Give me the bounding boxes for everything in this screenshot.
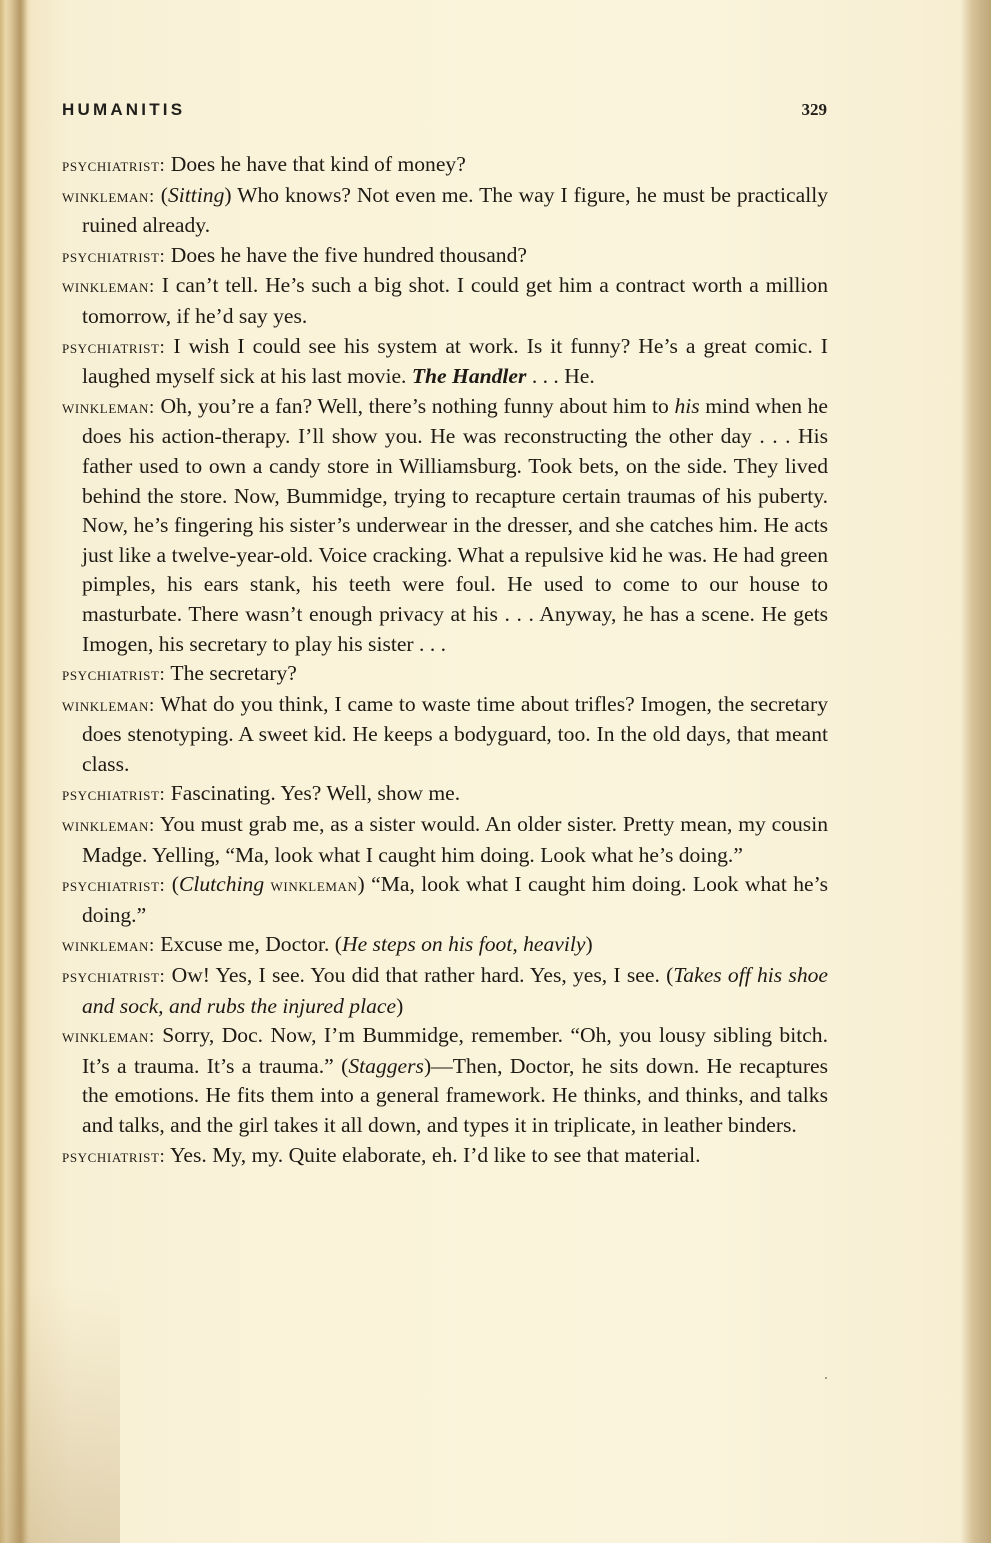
speech-psychiatrist: psychiatrist: Yes. My, my. Quite elabora…: [62, 1141, 828, 1172]
speech-winkleman: winkleman: Excuse me, Doctor. (He steps …: [62, 930, 828, 961]
book-page: HUMANITIS 329 psychiatrist: Does he have…: [0, 0, 991, 1543]
speech-psychiatrist: psychiatrist: Fascinating. Yes? Well, sh…: [62, 779, 828, 810]
stage-direction: winkleman: [271, 875, 358, 896]
speaker-label: psychiatrist:: [62, 875, 165, 896]
speaker-label: psychiatrist:: [62, 784, 165, 805]
speaker-label: psychiatrist:: [62, 664, 165, 685]
stage-direction: Clutching: [179, 872, 264, 896]
speech-text: Ow! Yes, I see. You did that rather hard…: [165, 963, 673, 987]
speech-psychiatrist: psychiatrist: Does he have the five hund…: [62, 241, 828, 272]
page-shadow: [0, 1283, 120, 1543]
speech-text: mind when he does his action-therapy. I’…: [82, 394, 828, 656]
stage-direction: He steps on his foot, heavily: [342, 932, 586, 956]
speech-winkleman: winkleman: I can’t tell. He’s such a big…: [62, 271, 828, 331]
speech-psychiatrist: psychiatrist: (Clutching winkleman) “Ma,…: [62, 870, 828, 930]
page-number: 329: [802, 100, 828, 120]
speech-text: Yes. My, my. Quite elaborate, eh. I’d li…: [165, 1143, 700, 1167]
speaker-label: psychiatrist:: [62, 966, 165, 987]
speech-text: ): [396, 994, 403, 1018]
speech-text: I can’t tell. He’s such a big shot. I co…: [82, 273, 828, 328]
speech-text: The secretary?: [165, 661, 296, 685]
speaker-label: winkleman:: [62, 186, 155, 207]
speech-text: ): [585, 932, 592, 956]
speech-text: Does he have that kind of money?: [165, 152, 465, 176]
speech-text: What do you think, I came to waste time …: [82, 692, 828, 776]
speaker-label: winkleman:: [62, 276, 155, 297]
speech-text: Excuse me, Doctor. (: [155, 932, 342, 956]
speech-psychiatrist: psychiatrist: Ow! Yes, I see. You did th…: [62, 961, 828, 1021]
speaker-label: psychiatrist:: [62, 155, 165, 176]
stage-direction: Sitting: [168, 183, 224, 207]
dialogue-text: psychiatrist: Does he have that kind of …: [62, 150, 828, 1171]
speaker-label: winkleman:: [62, 815, 155, 836]
speech-text: Fascinating. Yes? Well, show me.: [165, 781, 460, 805]
speaker-label: winkleman:: [62, 935, 155, 956]
speech-psychiatrist: psychiatrist: The secretary?: [62, 659, 828, 690]
speech-psychiatrist: psychiatrist: Does he have that kind of …: [62, 150, 828, 181]
speech-winkleman: winkleman: What do you think, I came to …: [62, 690, 828, 780]
speech-text: You must grab me, as a sister would. An …: [82, 812, 828, 867]
speech-winkleman: winkleman: (Sitting) Who knows? Not even…: [62, 181, 828, 241]
speaker-label: psychiatrist:: [62, 246, 165, 267]
speech-text: (: [165, 872, 179, 896]
stage-direction: The Handler: [412, 364, 527, 388]
stage-direction: Staggers: [348, 1054, 424, 1078]
running-title: HUMANITIS: [62, 100, 185, 120]
speaker-label: psychiatrist:: [62, 337, 165, 358]
speech-winkleman: winkleman: Sorry, Doc. Now, I’m Bummidge…: [62, 1021, 828, 1140]
speech-winkleman: winkleman: You must grab me, as a sister…: [62, 810, 828, 870]
speech-psychiatrist: psychiatrist: I wish I could see his sys…: [62, 332, 828, 392]
speech-text: Oh, you’re a fan? Well, there’s nothing …: [155, 394, 675, 418]
print-speck: [825, 1377, 827, 1379]
stage-direction: his: [674, 394, 699, 418]
speech-text: Does he have the five hundred thousand?: [165, 243, 527, 267]
speech-winkleman: winkleman: Oh, you’re a fan? Well, there…: [62, 392, 828, 659]
speaker-label: winkleman:: [62, 1026, 155, 1047]
speaker-label: winkleman:: [62, 397, 155, 418]
running-head: HUMANITIS 329: [62, 100, 827, 126]
speaker-label: psychiatrist:: [62, 1146, 165, 1167]
speaker-label: winkleman:: [62, 695, 155, 716]
speech-text: (: [155, 183, 168, 207]
speech-text: . . . He.: [526, 364, 594, 388]
